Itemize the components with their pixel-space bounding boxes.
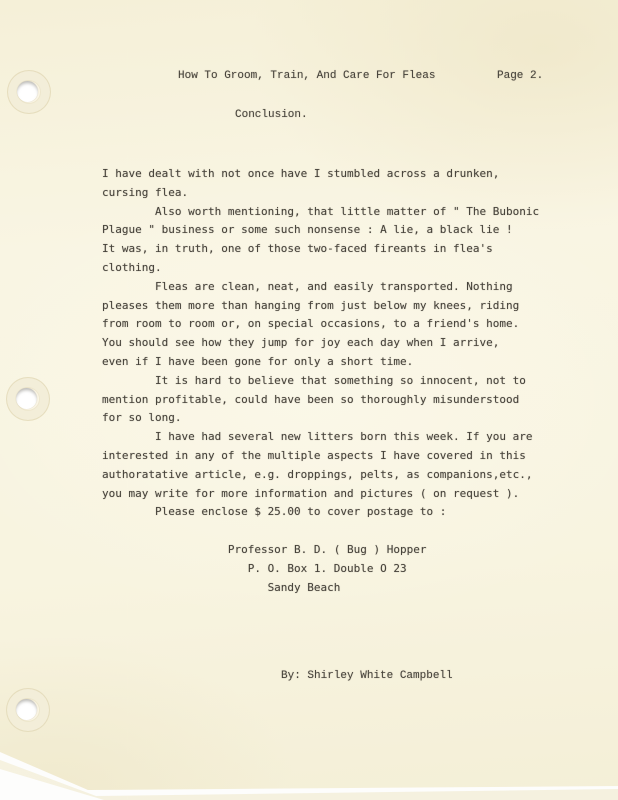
section-heading: Conclusion. (235, 109, 308, 122)
page-number: Page 2. (497, 70, 543, 83)
document-body: I have dealt with not once have I stumbl… (102, 165, 539, 597)
document-title: How To Groom, Train, And Care For Fleas (178, 70, 435, 83)
hole-punch-top (17, 81, 38, 102)
scanned-page: How To Groom, Train, And Care For Fleas … (0, 0, 618, 800)
byline: By: Shirley White Campbell (281, 670, 453, 683)
paper-sheet: How To Groom, Train, And Care For Fleas … (0, 0, 618, 800)
hole-punch-bottom (16, 699, 37, 720)
hole-punch-middle (16, 388, 37, 409)
